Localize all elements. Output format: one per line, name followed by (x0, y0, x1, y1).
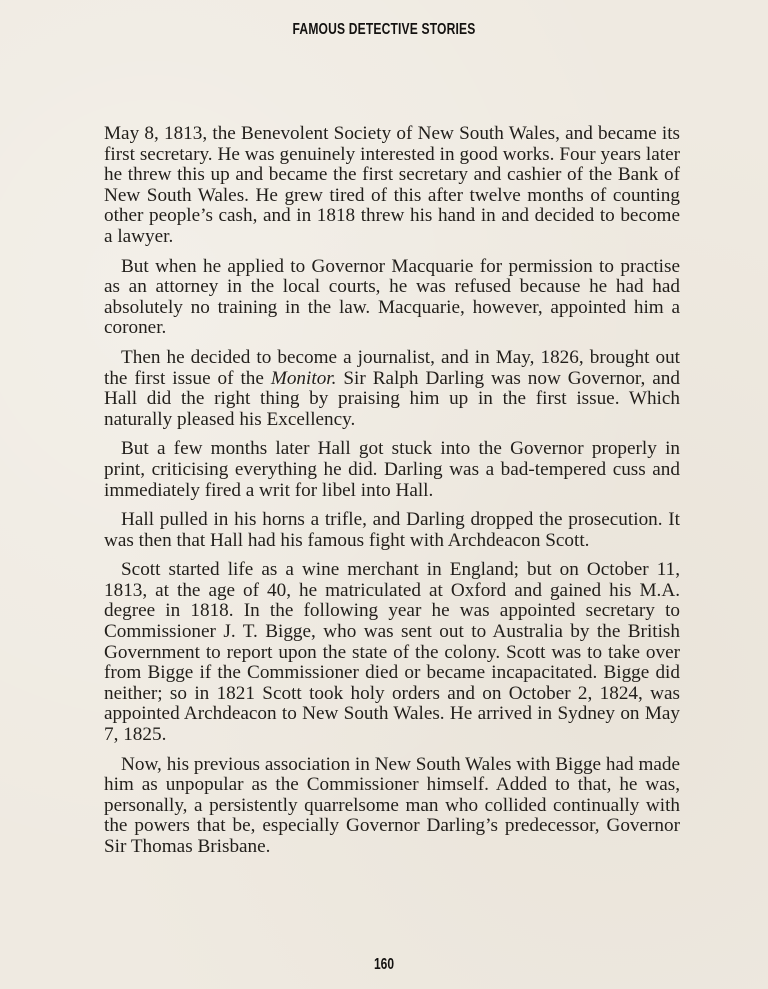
paragraph-5: Hall pulled in his horns a trifle, and D… (104, 510, 680, 551)
page-number: 160 (96, 956, 672, 974)
paragraph-4: But a few months later Hall got stuck in… (104, 439, 680, 501)
paragraph-3: Then he decided to become a journalist, … (104, 348, 680, 430)
book-page: FAMOUS DETECTIVE STORIES May 8, 1813, th… (0, 0, 768, 989)
running-head: FAMOUS DETECTIVE STORIES (84, 21, 683, 39)
paragraph-6: Scott started life as a wine merchant in… (104, 560, 680, 745)
paragraph-7: Now, his previous association in New Sou… (104, 755, 680, 858)
newspaper-title: Monitor. (271, 368, 337, 389)
paragraph-2: But when he applied to Governor Macquari… (104, 257, 680, 339)
body-text: May 8, 1813, the Benevolent Society of N… (104, 124, 680, 867)
paragraph-1: May 8, 1813, the Benevolent Society of N… (104, 124, 680, 248)
